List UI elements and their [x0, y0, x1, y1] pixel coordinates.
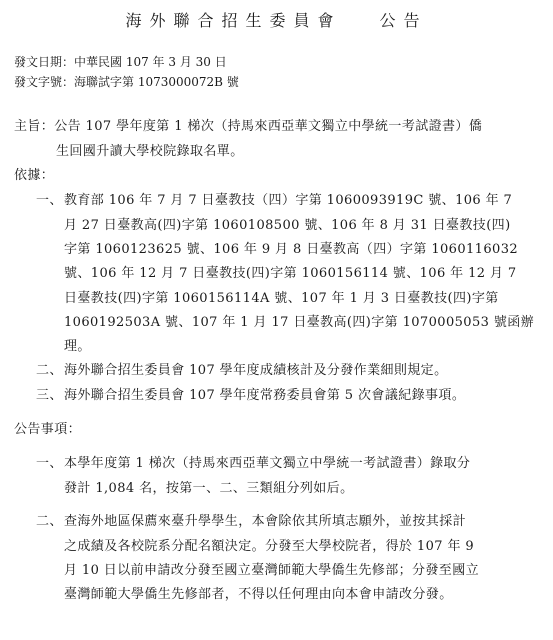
issue-date: 發文日期：中華民國 107 年 3 月 30 日: [14, 52, 227, 72]
notice-item-number: 一、: [36, 454, 63, 474]
document-title: 海外聯合招生委員會公告: [0, 8, 553, 31]
basis-item-text: 月 27 日臺教高(四)字第 1060108500 號、106 年 8 月 31…: [64, 216, 511, 236]
notice-item-text: 查海外地區保薦來臺升學學生，本會除依其所填志願外，並按其採計: [64, 512, 466, 532]
basis-label: 依據：: [14, 166, 54, 186]
basis-item-text: 海外聯合招生委員會 107 學年度成績核計及分發作業細則規定。: [64, 361, 447, 381]
notice-label: 公告事項：: [14, 420, 81, 440]
notice-item-text: 臺灣師範大學僑生先修部者，不得以任何理由向本會申請改分發。: [64, 585, 453, 605]
notice-item-number: 二、: [36, 512, 63, 532]
subject-text-continued: 生回國升讀大學校院錄取名單。: [56, 142, 244, 162]
basis-item-text: 號、106 年 12 月 7 日臺教技(四)字第 1060156114 號、10…: [64, 264, 517, 284]
issue-date-value: 中華民國 107 年 3 月 30 日: [74, 55, 227, 69]
basis-item-text: 日臺教技(四)字第 1060156114A 號、107 年 1 月 3 日臺教技…: [64, 289, 499, 309]
document-type: 公告: [380, 11, 428, 30]
issue-date-label: 發文日期：: [14, 55, 74, 69]
document-number: 發文字號：海聯試字第 1073000072B 號: [14, 72, 239, 92]
basis-item-text: 理。: [64, 337, 91, 357]
basis-item-number: 二、: [36, 361, 63, 381]
document-number-label: 發文字號：: [14, 75, 74, 89]
basis-item-text: 字第 1060123625 號、106 年 9 月 8 日臺教高（四）字第 10…: [64, 240, 518, 260]
basis-item-text: 教育部 106 年 7 月 7 日臺教技（四）字第 1060093919C 號、…: [64, 191, 512, 211]
subject-text: 公告 107 學年度第 1 梯次（持馬來西亞華文獨立中學統一考試證書）僑: [54, 119, 482, 134]
notice-item-text: 之成績及各校院系分配名額決定。分發至大學校院者，得於 107 年 9: [64, 537, 474, 557]
issuing-organization: 海外聯合招生委員會: [125, 11, 341, 30]
notice-item-text: 月 10 日以前申請改分發至國立臺灣師範大學僑生先修部；分發至國立: [64, 561, 479, 581]
subject-line: 主旨：公告 107 學年度第 1 梯次（持馬來西亞華文獨立中學統一考試證書）僑: [14, 117, 482, 137]
notice-item-text: 發計 1,084 名，按第一、二、三類組分列如后。: [64, 479, 353, 499]
basis-item-number: 一、: [36, 191, 63, 211]
document-number-value: 海聯試字第 1073000072B 號: [74, 75, 239, 89]
notice-item-text: 本學年度第 1 梯次（持馬來西亞華文獨立中學統一考試證書）錄取分: [64, 454, 470, 474]
basis-item-text: 1060192503A 號、107 年 1 月 17 日臺教高(四)字第 107…: [64, 313, 534, 333]
basis-item-number: 三、: [36, 386, 63, 406]
subject-label: 主旨：: [14, 119, 54, 134]
basis-item-text: 海外聯合招生委員會 107 學年度常務委員會第 5 次會議紀錄事項。: [64, 386, 465, 406]
